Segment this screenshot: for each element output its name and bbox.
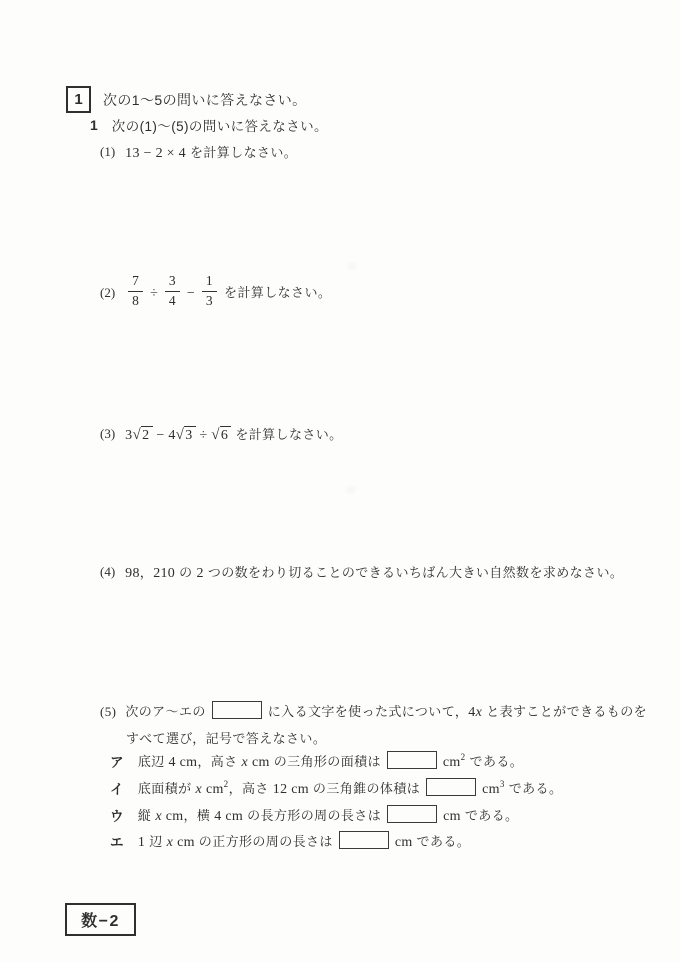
text-run: 210 [153, 566, 175, 581]
text-run: である。 [413, 834, 471, 849]
page-number-label: 数−2 [81, 908, 120, 931]
choice-a: ア 底辺 4 cm，高さ x cm の三角形の面積はcm2 である。 [110, 751, 523, 771]
problem-4: (4) 98，210 の 2 つの数をわり切ることのできるいちばん大きい自然数を… [100, 562, 623, 582]
denominator: 4 [165, 292, 180, 309]
text-run: cm [202, 782, 224, 797]
numerator: 1 [202, 274, 217, 292]
numerator: 3 [165, 274, 180, 292]
text-run: 12 cm [273, 782, 309, 797]
choice-label: エ [110, 831, 124, 851]
text-run: 底辺 [138, 754, 165, 769]
text-run: ，高さ [197, 754, 241, 769]
text-run: を計算しなさい。 [231, 427, 342, 442]
text-run: 98 [125, 566, 140, 581]
section-number: 1 [74, 91, 82, 108]
text-run: 4 cm [214, 809, 243, 824]
choice-content: 縦 x cm，横 4 cm の長方形の周の長さはcm である。 [138, 805, 519, 825]
problem-5: (5)次のア～エのに入る文字を使った式について，4x と表すことができるものをす… [100, 699, 648, 752]
choice-c: ウ 縦 x cm，横 4 cm の長方形の周の長さはcm である。 [110, 805, 518, 825]
text-run: の正方形の周の長さは [195, 834, 333, 849]
problem-label: (2) [100, 285, 115, 301]
text-run: の三角形の面積は [270, 754, 381, 769]
text-run: x [155, 809, 162, 824]
text-run: 2 [197, 566, 204, 581]
text-run: 次のア～エの [125, 704, 205, 719]
text-run: を計算しなさい。 [186, 145, 297, 160]
text-run: cm [173, 835, 195, 850]
text-run: ，高さ [229, 781, 273, 796]
denominator: 3 [202, 292, 217, 309]
text-run: 4 cm [165, 755, 198, 770]
problem-2: (2) 78 ÷ 34 − 13 を計算しなさい。 [100, 276, 331, 311]
text-run: ，横 [183, 808, 214, 823]
page-number-box: 数−2 [65, 903, 136, 936]
text-run: である。 [466, 754, 524, 769]
problem-label: (4) [100, 564, 115, 580]
radical-sign: √ [132, 427, 141, 443]
answer-box [212, 701, 262, 719]
text-run: の長方形の周の長さは [243, 808, 381, 823]
sqrt-expression: √3 [176, 428, 196, 443]
problem-content: 3√2 − 4√3 ÷ √6 を計算しなさい。 [125, 424, 342, 444]
choice-content: 底辺 4 cm，高さ x cm の三角形の面積はcm2 である。 [138, 751, 523, 771]
scan-artifact [344, 484, 358, 496]
text-run: ÷ [146, 286, 162, 301]
subsection-title: 次の(1)～(5)の問いに答えなさい。 [112, 115, 328, 135]
problem-3: (3) 3√2 − 4√3 ÷ √6 を計算しなさい。 [100, 424, 343, 444]
text-run: 辺 [145, 834, 166, 849]
radical-sign: √ [176, 427, 185, 443]
problem-content: 78 ÷ 34 − 13 を計算しなさい。 [125, 276, 331, 311]
problem-label: (5) [100, 704, 116, 719]
text-run: ÷ [196, 428, 212, 443]
text-run: cm [248, 755, 270, 770]
fraction: 34 [165, 274, 180, 309]
fraction: 78 [128, 274, 143, 309]
text-run: ， [140, 565, 153, 580]
text-run: cm [443, 755, 461, 770]
subsection-header: 1 次の(1)～(5)の問いに答えなさい。 [90, 115, 328, 135]
choice-label: ア [110, 751, 124, 771]
text-run: 底面積が [138, 781, 196, 796]
problem-content: 13 − 2 × 4 を計算しなさい。 [125, 142, 297, 162]
text-run: の [175, 565, 196, 580]
text-run: − [183, 286, 199, 301]
text-run: 縦 [138, 808, 155, 823]
problem-1: (1) 13 − 2 × 4 を計算しなさい。 [100, 142, 297, 162]
text-run: 4 [468, 705, 475, 720]
section-header: 1 次の1～5の問いに答えなさい。 [66, 86, 307, 113]
answer-box [387, 805, 437, 823]
exam-page: 1 次の1～5の問いに答えなさい。 1 次の(1)～(5)の問いに答えなさい。 … [0, 0, 680, 962]
scan-artifact [345, 260, 359, 272]
choice-label: イ [110, 778, 124, 798]
radicand: 3 [184, 426, 195, 443]
answer-box [387, 751, 437, 769]
section-title: 次の1～5の問いに答えなさい。 [103, 90, 307, 110]
text-run: cm [443, 809, 461, 824]
subsection-number: 1 [90, 117, 98, 133]
choice-content: 底面積が x cm2，高さ 12 cm の三角錐の体積はcm3 である。 [138, 778, 562, 798]
text-run: である。 [461, 808, 519, 823]
text-run: つの数をわり切ることのできるいちばん大きい自然数を求めなさい。 [204, 565, 623, 580]
problem-content: 次のア～エのに入る文字を使った式について，4x と表すことができるものをすべて選… [125, 704, 647, 746]
radical-sign: √ [211, 427, 220, 443]
denominator: 8 [128, 292, 143, 309]
answer-box [339, 831, 389, 849]
text-run: − 4 [153, 428, 176, 443]
fraction: 13 [202, 274, 217, 309]
choice-label: ウ [110, 805, 124, 825]
sqrt-expression: √6 [211, 428, 231, 443]
text-run: である。 [505, 781, 563, 796]
answer-box [426, 778, 476, 796]
text-run: に入る文字を使った式について， [268, 704, 468, 719]
text-run: cm [395, 835, 413, 850]
text-run: 13 − 2 × 4 [125, 146, 186, 161]
numerator: 7 [128, 274, 143, 292]
radicand: 2 [141, 426, 152, 443]
choice-d: エ 1 辺 x cm の正方形の周の長さはcm である。 [110, 831, 470, 851]
problem-label: (3) [100, 426, 115, 442]
problem-label: (1) [100, 144, 115, 160]
text-run: cm [162, 809, 184, 824]
text-run: の三角錐の体積は [309, 781, 420, 796]
choice-b: イ 底面積が x cm2，高さ 12 cm の三角錐の体積はcm3 である。 [110, 778, 562, 798]
problem-content: 98，210 の 2 つの数をわり切ることのできるいちばん大きい自然数を求めなさ… [125, 562, 623, 582]
sqrt-expression: √2 [132, 428, 152, 443]
text-run: cm [482, 782, 500, 797]
text-run: を計算しなさい。 [220, 285, 331, 300]
section-number-box: 1 [66, 86, 91, 113]
radicand: 6 [220, 426, 231, 443]
choice-content: 1 辺 x cm の正方形の周の長さはcm である。 [138, 831, 470, 851]
